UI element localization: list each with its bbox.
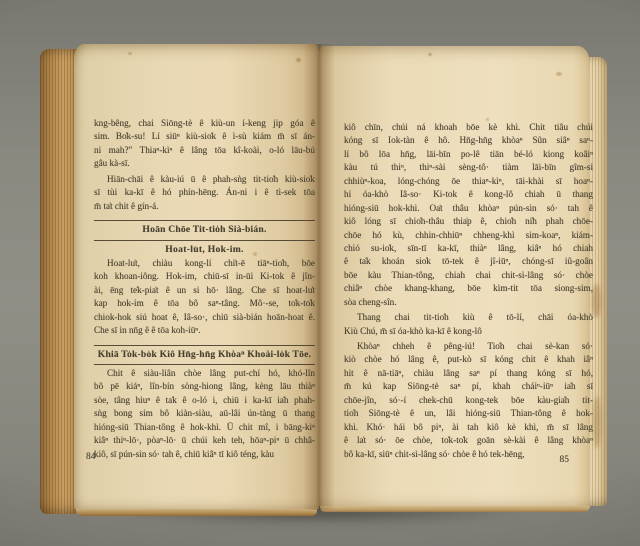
text-line: sim. Bo̍k-su! Lí siūⁿ kiù-sio̍k ê ì-sù k… <box>94 130 315 143</box>
left-page: kng-bêng, chai Siōng-tè ê kiù-un í-keng … <box>74 44 319 509</box>
text-line: Khòaⁿ chheh ê pêng-iú! Tio̍h chai sè-kan… <box>344 340 593 353</box>
text-line: sòa cheng-sîn. <box>344 296 593 309</box>
section-subheading: Hoat-lu̍t, Hok-im. <box>94 243 315 256</box>
text-line: kiâⁿ thiⁿ-lō·, pòaⁿ-lō· ū chúi keh teh, … <box>94 434 315 447</box>
right-page-text: kiô chīn, chúi ná khoah bōe kè khì. Chit… <box>344 121 593 463</box>
text-line: ài, ēng te̍k-pia̍t ê un si hō· lâng. Che… <box>94 284 315 297</box>
paragraph: Thang chai tit-tio̍h kiù ê tō-lí, chāi ó… <box>344 311 593 338</box>
paragraph: kng-bêng, chai Siōng-tè ê kiù-un í-keng … <box>94 117 315 171</box>
text-line: Chit ê siàu-liân chòe lâng put-chí hó, k… <box>94 367 315 380</box>
text-line: hióng-siū Thian-tông ê hok-khì. Ū chit m… <box>94 421 315 434</box>
text-line: bô ka-kī, siūⁿ chit-sì-lâng só· chòe ê h… <box>344 448 593 461</box>
text-line: ê la̍t só· ōe chòe, to̍k-to̍k goān sè-kà… <box>344 434 593 447</box>
text-line: Thang chai tit-tio̍h kiù ê tō-lí, chāi ó… <box>344 311 593 324</box>
left-page-number: 84 <box>86 452 96 462</box>
text-line: Kiù Chú, m̄ sī óa-khò ka-kī ê kong-lô <box>344 325 593 338</box>
text-line: lí bô lōa hn̄g, lāi-bīn po-lê tiān bé-ló… <box>344 148 593 161</box>
text-line: ni mah?" Thiaⁿ-kìⁿ ê lâng tōa kî-koài, o… <box>94 144 315 157</box>
section-heading: Khiā To̍k-bo̍k Kiô Hn̄g-hn̄g Khòaⁿ Khoài… <box>94 345 315 365</box>
section-heading: Hoān Chōe Tit-tio̍h Sià-bián. <box>94 220 315 240</box>
text-line: chió su-io̍k, sīn-tī ka-kī, thiàⁿ lâng, … <box>344 242 593 255</box>
text-line: bōe kàu Thian-tông, chiah chai chit-sì-l… <box>344 269 593 282</box>
text-line: m̄ kú kap Siōng-tè saⁿ pí, khah cháiⁿ-iū… <box>344 380 593 393</box>
text-line: kng-bêng, chai Siōng-tè ê kiù-un í-keng … <box>94 117 315 130</box>
text-line: tio̍h Siōng-tè ê un, lâi hióng-siū Thian… <box>344 407 593 420</box>
text-line: chiâⁿ chòe khang-khang, bōe kìm-tit tōa … <box>344 282 593 295</box>
text-line: kiò chòe hó lâng ê, put-kò sī kóng chit … <box>344 353 593 366</box>
text-line: kiô lóng sī chio̍h-thâu thia̍p ê, chio̍h… <box>344 215 593 228</box>
paragraph: Chit ê siàu-liân chòe lâng put-chí hó, k… <box>94 367 315 461</box>
text-line: sǹg bong sim bô kiàn-siàu, aū-lâi ún-tàn… <box>94 407 315 420</box>
text-line: kiô, sī pún-sin só· tah ê, chiū kiâⁿ tī … <box>94 448 315 461</box>
text-line: sī tùi ka-kī ê hó phín-hēng. Án-ni i ê t… <box>94 186 315 199</box>
text-line: kiô chīn, chúi ná khoah bōe kè khì. Chit… <box>344 121 593 134</box>
text-line: bô pē kiáⁿ, lîn-bín sòng-hiong lâng, kèn… <box>94 380 315 393</box>
text-line: Hiān-chāi ê kàu-iú ū ê phah-sǹg tit-tio̍… <box>94 173 315 186</box>
paragraph: Hoat-lu̍t, chiàu kong-lí chi̍t-ē tiāⁿ-ti… <box>94 257 315 338</box>
open-book: kng-bêng, chai Siōng-tè ê kiù-un í-keng … <box>0 0 640 546</box>
text-line: chōe hó kù, chhin-chhiūⁿ chheng-khì sim-… <box>344 229 593 242</box>
text-line: koh khoan-iông. Hok-im, chiū-sī in-ūi Ki… <box>94 270 315 283</box>
text-line: khì. Khó· hái bô piⁿ, ài tah kiô kè khì,… <box>344 421 593 434</box>
text-line: kóng sī Iok-tàn ê hô. Hn̄g-hn̄g khòaⁿ Sû… <box>344 134 593 147</box>
text-line: m̄ ta̍t chit ê gín-á. <box>94 200 315 213</box>
text-line: chiok-hok siú hoat ê, Iâ-so·, chiū sià-b… <box>94 311 315 324</box>
text-line: hit ê nā-tiāⁿ, chiàu lâng saⁿ pí thang k… <box>344 367 593 380</box>
paragraph: Khòaⁿ chheh ê pêng-iú! Tio̍h chai sè-kan… <box>344 340 593 461</box>
text-line: ê ta̍k khoán sio̍k tō-tek ê jî-iūⁿ, chón… <box>344 255 593 268</box>
right-page: kiô chīn, chúi ná khoah bōe kè khì. Chit… <box>319 46 590 506</box>
right-page-number: 85 <box>560 455 570 465</box>
text-line: chōe-jîn, só·-í chek-chū kong-tek bōe kà… <box>344 394 593 407</box>
text-line: chhiùⁿ-koa, lóng-chóng ōe thiaⁿ-kìⁿ, tāi… <box>344 175 593 188</box>
text-line: kap hok-im ê tōa bô saⁿ-tâng. Mô·-se, to… <box>94 297 315 310</box>
text-line: sòe, tâng hiuⁿ ê ta̍k ê o-ló i, chiū i k… <box>94 394 315 407</box>
paragraph: Hiān-chāi ê kàu-iú ū ê phah-sǹg tit-tio̍… <box>94 173 315 213</box>
text-line: kàu tú thiⁿ, thiⁿ-sài sèng-tô· tiàm lāi-… <box>344 161 593 174</box>
left-fore-edge-pages <box>40 49 77 514</box>
text-line: hí óa-khò Iâ-so· Ki-tok ê kong-lô chiah … <box>344 188 593 201</box>
text-line: hióng-siū hok-khì. Oa̍t thâu khòaⁿ pún-s… <box>344 202 593 215</box>
text-line: gâu kà-sī. <box>94 157 315 170</box>
left-page-text: kng-bêng, chai Siōng-tè ê kiù-un í-keng … <box>94 117 315 463</box>
paragraph: kiô chīn, chúi ná khoah bōe kè khì. Chit… <box>344 121 593 309</box>
text-line: Hoat-lu̍t, chiàu kong-lí chi̍t-ē tiāⁿ-ti… <box>94 257 315 270</box>
text-line: Che sī in nn̄g ê ê tōa koh-iūⁿ. <box>94 324 315 337</box>
